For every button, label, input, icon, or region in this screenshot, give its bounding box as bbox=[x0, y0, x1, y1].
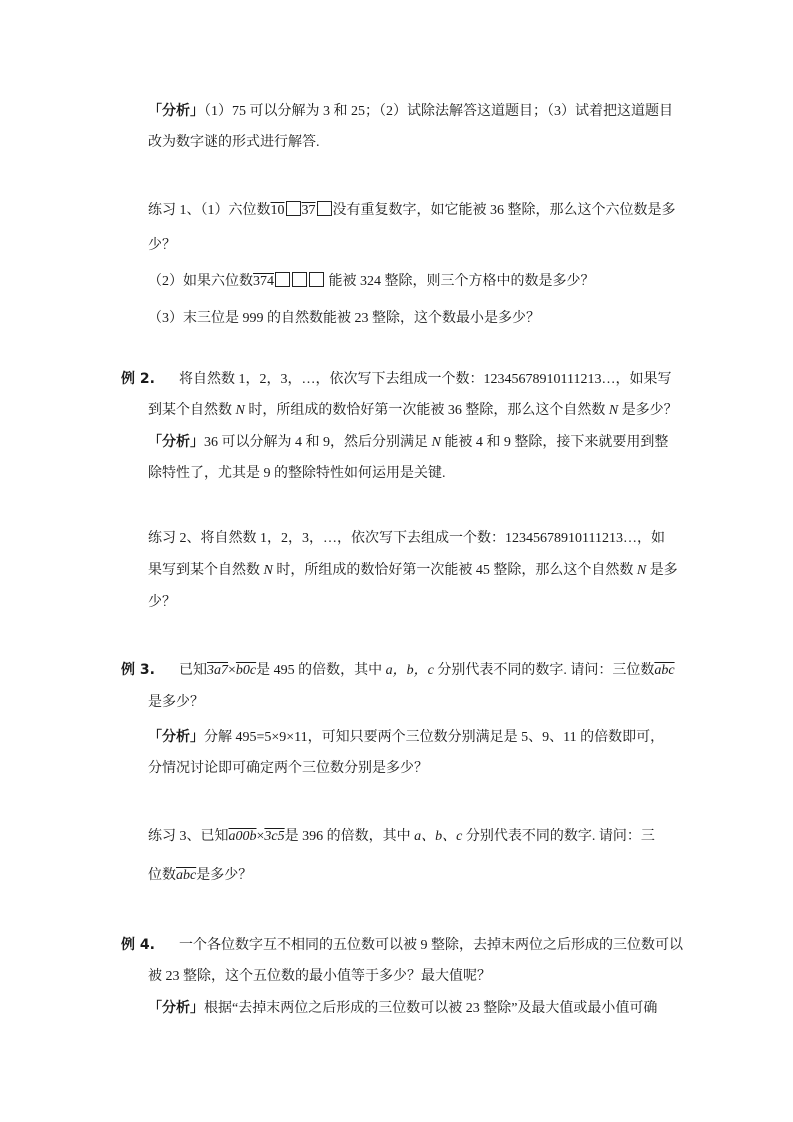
practice-2-line-2: 果写到某个自然数 N 时，所组成的数恰好第一次能被 45 整除，那么这个自然数 … bbox=[148, 561, 678, 581]
example-label: 例 2. bbox=[121, 369, 179, 389]
example-4-line-1: 例 4.一个各位数字互不相同的五位数可以被 9 整除，去掉末两位之后形成的三位数… bbox=[121, 935, 683, 956]
practice-1-line-1: 练习 1、（1）六位数1037没有重复数字，如它能被 36 整除，那么这个六位数… bbox=[148, 201, 676, 221]
analysis-4-line-1: 「分析」根据“去掉末两位之后形成的三位数可以被 23 整除”及最大值或最小值可确 bbox=[148, 998, 657, 1019]
analysis-1-line-1: 「分析」（1）75 可以分解为 3 和 25；（2）试除法解答这道题目；（3）试… bbox=[148, 101, 673, 122]
blank-box bbox=[317, 201, 332, 216]
six-digit-number: 1037 bbox=[271, 203, 333, 218]
practice-1-part-3: （3）末三位是 999 的自然数能被 23 整除，这个数最小是多少？ bbox=[148, 309, 540, 329]
analysis-2-line-2: 除特性了，尤其是 9 的整除特性如何运用是关键. bbox=[148, 464, 446, 484]
practice-1-line-2: 少？ bbox=[148, 236, 176, 256]
six-digit-number: 374 bbox=[253, 274, 325, 289]
example-3-line-2: 是多少？ bbox=[148, 693, 204, 713]
practice-2-line-3: 少？ bbox=[148, 593, 176, 613]
practice-3-line-1: 练习 3、已知a00b×3c5是 396 的倍数，其中 a、b、c 分别代表不同… bbox=[148, 827, 655, 847]
analysis-1-line-2: 改为数字谜的形式进行解答. bbox=[148, 133, 320, 153]
blank-box bbox=[286, 201, 301, 216]
example-3-line-1: 例 3.已知3a7×b0c是 495 的倍数，其中 a，b，c 分别代表不同的数… bbox=[121, 660, 675, 681]
example-4-line-2: 被 23 整除，这个五位数的最小值等于多少？最大值呢？ bbox=[148, 967, 491, 987]
analysis-label: 「分析」 bbox=[148, 103, 204, 119]
practice-2-line-1: 练习 2、将自然数 1，2，3，…，依次写下去组成一个数：12345678910… bbox=[148, 529, 665, 549]
analysis-3-line-1: 「分析」分解 495=5×9×11，可知只要两个三位数分别满足是 5、9、11 … bbox=[148, 727, 664, 748]
example-2-line-1: 例 2.将自然数 1，2，3，…，依次写下去组成一个数：123456789101… bbox=[121, 369, 671, 390]
practice-1-part-2: （2）如果六位数374 能被 324 整除，则三个方格中的数是多少？ bbox=[148, 272, 595, 292]
example-2-line-2: 到某个自然数 N 时，所组成的数恰好第一次能被 36 整除，那么这个自然数 N … bbox=[148, 401, 678, 421]
practice-3-line-2: 位数abc是多少？ bbox=[148, 866, 252, 886]
analysis-2-line-1: 「分析」36 可以分解为 4 和 9，然后分别满足 N 能被 4 和 9 整除，… bbox=[148, 432, 668, 453]
analysis-3-line-2: 分情况讨论即可确定两个三位数分别是多少？ bbox=[148, 759, 428, 779]
